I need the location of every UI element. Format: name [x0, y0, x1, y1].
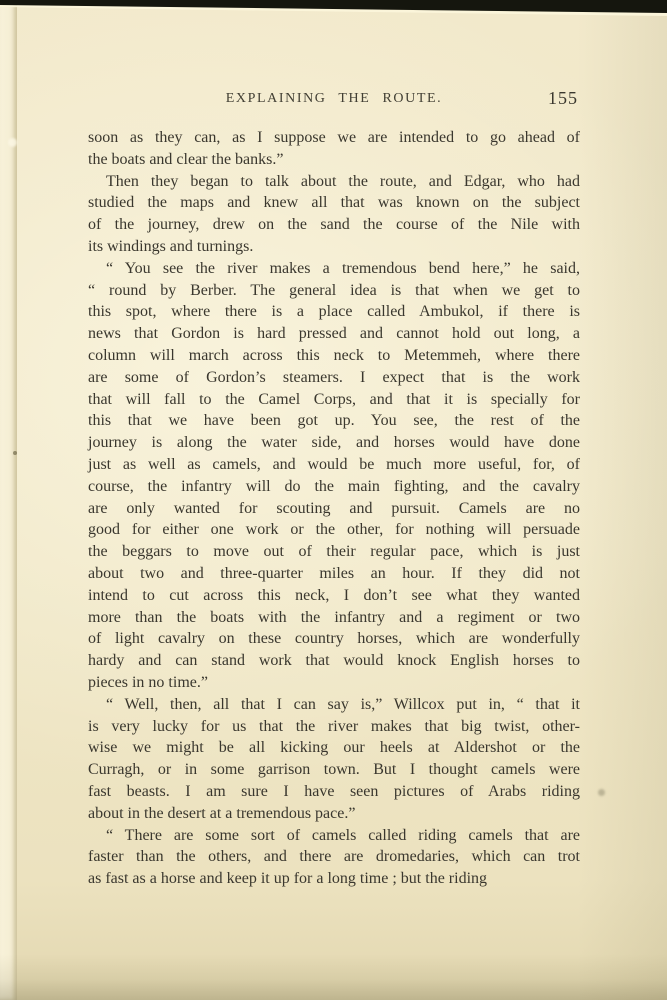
text-line: “ There are some sort of camels called r… [88, 825, 580, 847]
text-line: about two and three-quarter miles an hou… [88, 563, 580, 585]
text-line: good for either one work or the other, f… [88, 519, 580, 541]
text-line: faster than the others, and there are dr… [88, 846, 580, 868]
text-line: that will fall to the Camel Corps, and t… [88, 389, 580, 411]
text-line: the boats and clear the banks.” [88, 149, 580, 171]
dust-speck [8, 138, 17, 147]
page-bottom-shadow [0, 954, 667, 1000]
text-line: studied the maps and knew all that was k… [88, 192, 580, 214]
text-line: this that we have been got up. You see, … [88, 410, 580, 432]
book-page-scan: EXPLAINING THE ROUTE. 155 soon as they c… [0, 0, 667, 1000]
text-line: the beggars to move out of their regular… [88, 541, 580, 563]
dust-speck [598, 789, 605, 796]
text-line: are some of Gordon’s steamers. I expect … [88, 367, 580, 389]
running-head: EXPLAINING THE ROUTE. [88, 91, 580, 107]
text-line: soon as they can, as I suppose we are in… [88, 127, 580, 149]
text-line: of light cavalry on these country horses… [88, 628, 580, 650]
text-line: Curragh, or in some garrison town. But I… [88, 759, 580, 781]
text-line: pieces in no time.” [88, 672, 580, 694]
text-line: are only wanted for scouting and pursuit… [88, 498, 580, 520]
text-line: just as well as camels, and would be muc… [88, 454, 580, 476]
text-line: about in the desert at a tremendous pace… [88, 803, 580, 825]
text-line: this spot, where there is a place called… [88, 301, 580, 323]
text-line: hardy and can stand work that would knoc… [88, 650, 580, 672]
text-line: news that Gordon is hard pressed and can… [88, 323, 580, 345]
page-number: 155 [548, 88, 578, 109]
text-line: more than the boats with the infantry an… [88, 607, 580, 629]
text-line: is very lucky for us that the river make… [88, 716, 580, 738]
text-line: its windings and turnings. [88, 236, 580, 258]
text-line: “ round by Berber. The general idea is t… [88, 280, 580, 302]
text-line: as fast as a horse and keep it up for a … [88, 868, 580, 890]
page-right-shading [577, 0, 667, 1000]
text-line: “ You see the river makes a tremendous b… [88, 258, 580, 280]
body-text: soon as they can, as I suppose we are in… [88, 127, 580, 890]
text-line: intend to cut across this neck, I don’t … [88, 585, 580, 607]
text-line: “ Well, then, all that I can say is,” Wi… [88, 694, 580, 716]
text-line: Then they began to talk about the route,… [88, 171, 580, 193]
text-line: column will march across this neck to Me… [88, 345, 580, 367]
text-line: wise we might be all kicking our heels a… [88, 737, 580, 759]
text-line: course, the infantry will do the main fi… [88, 476, 580, 498]
page-fore-edge-left [0, 0, 17, 1000]
page-header: EXPLAINING THE ROUTE. 155 [88, 91, 580, 113]
dust-speck [13, 451, 17, 455]
text-line: journey is along the water side, and hor… [88, 432, 580, 454]
text-line: of the journey, drew on the sand the cou… [88, 214, 580, 236]
text-line: fast beasts. I am sure I have seen pictu… [88, 781, 580, 803]
